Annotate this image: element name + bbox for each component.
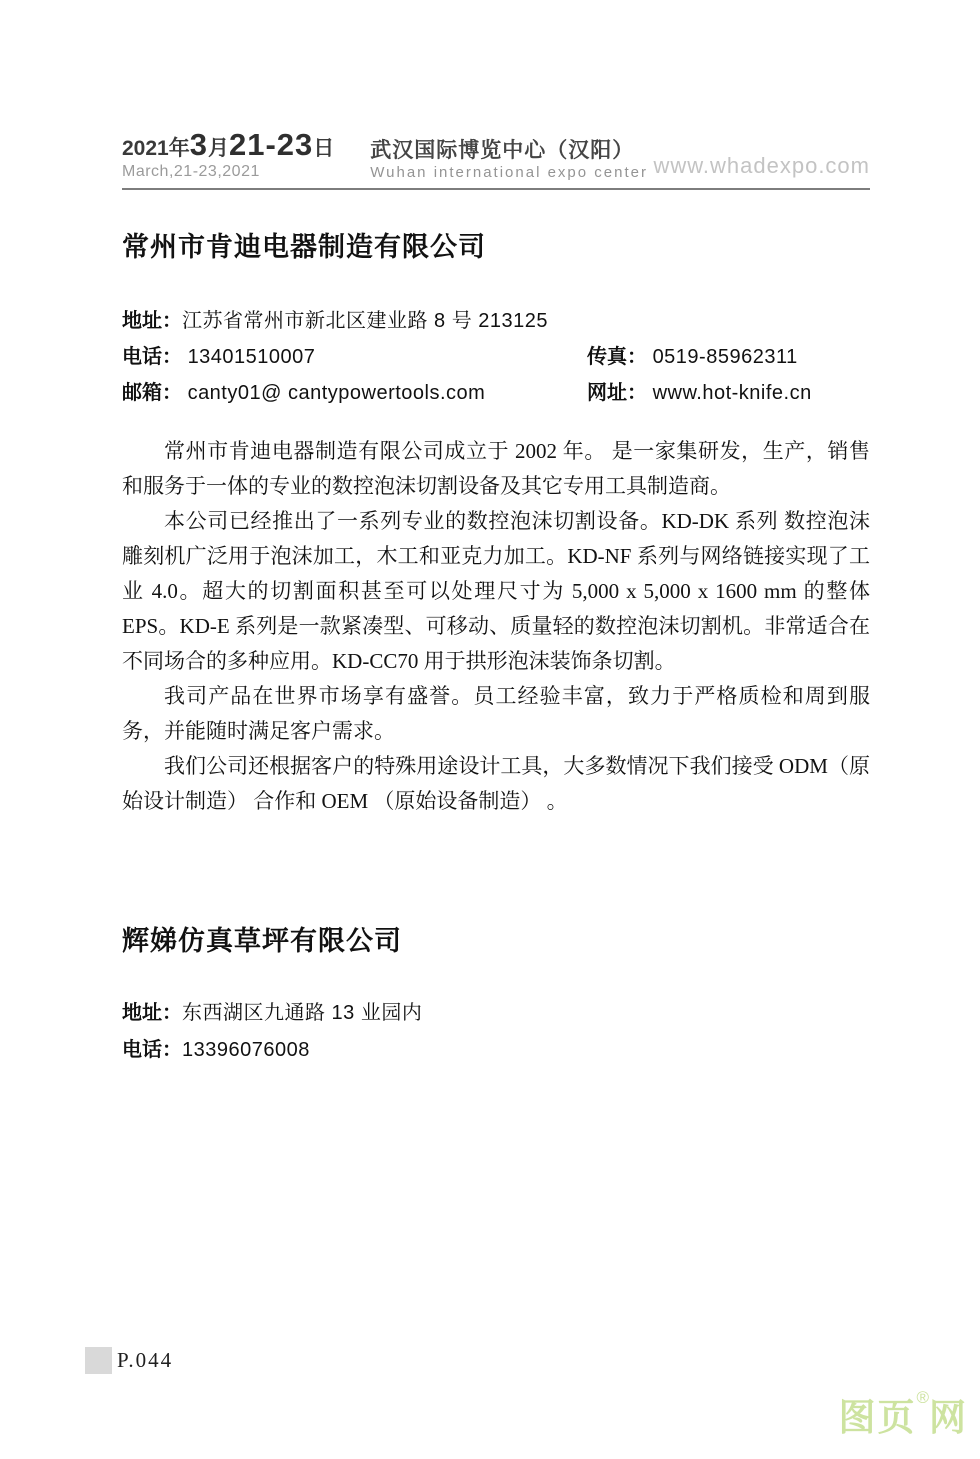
phone-cell: 电话： 13401510007: [122, 339, 587, 375]
venue-name-cn: 武汉国际博览中心（汉阳）: [370, 139, 648, 163]
description-paragraph: 常州市肯迪电器制造有限公司成立于 2002 年。 是一家集研发，生产，销售和服务…: [122, 434, 870, 504]
page-number: P.044: [117, 1348, 173, 1373]
address-label: 地址：: [122, 303, 182, 339]
email-label: 邮箱：: [122, 382, 182, 404]
event-date: 2021年3月21-23日 March,21-23,2021: [122, 128, 334, 181]
fax-cell: 传真： 0519-85962311: [587, 339, 870, 375]
phone-label: 电话：: [122, 1032, 182, 1069]
catalog-page: 2021年3月21-23日 March,21-23,2021 武汉国际博览中心（…: [0, 0, 980, 1459]
venue-name-en: Wuhan international expo center: [370, 164, 648, 181]
contact-row-phone: 电话： 13396076008: [122, 1032, 870, 1069]
description-paragraph: 我司产品在世界市场享有盛誉。员工经验丰富，致力于严格质检和周到服务，并能随时满足…: [122, 679, 870, 749]
company-2-name: 辉娣仿真草坪有限公司: [122, 919, 870, 958]
fax-value: 0519-85962311: [653, 346, 798, 368]
watermark-logo: 图页®网: [838, 1396, 968, 1440]
company-1-description: 常州市肯迪电器制造有限公司成立于 2002 年。 是一家集研发，生产，销售和服务…: [122, 434, 870, 819]
expo-website-url: www.whadexpo.com: [653, 153, 870, 181]
email-value: canty01@ cantypowertools.com: [188, 382, 486, 404]
registered-trademark-icon: ®: [916, 1388, 929, 1407]
website-cell: 网址： www.hot-knife.cn: [587, 375, 870, 411]
page-header: 2021年3月21-23日 March,21-23,2021 武汉国际博览中心（…: [122, 128, 870, 190]
company-2-contacts: 地址： 东西湖区九通路 13 业园内 电话： 13396076008: [122, 995, 870, 1069]
company-1-contacts: 地址： 江苏省常州市新北区建业路 8 号 213125 电话： 13401510…: [122, 303, 870, 411]
address-value: 江苏省常州市新北区建业路 8 号 213125: [182, 303, 548, 339]
contact-row-email-web: 邮箱： canty01@ cantypowertools.com 网址： www…: [122, 375, 870, 411]
date-month-char: 月: [208, 137, 229, 160]
footer-square-marker: [85, 1347, 112, 1374]
date-year: 2021年: [122, 137, 190, 160]
fax-label: 传真：: [587, 346, 647, 368]
date-day-char: 日: [313, 137, 334, 160]
watermark-text-right: 网: [929, 1397, 968, 1438]
date-month-number: 3: [190, 127, 208, 162]
company-section-2: 辉娣仿真草坪有限公司 地址： 东西湖区九通路 13 业园内 电话： 133960…: [122, 919, 870, 1069]
address-value: 东西湖区九通路 13 业园内: [182, 995, 422, 1032]
description-paragraph: 本公司已经推出了一系列专业的数控泡沫切割设备。KD-DK 系列 数控泡沫雕刻机广…: [122, 504, 870, 679]
page-content: 2021年3月21-23日 March,21-23,2021 武汉国际博览中心（…: [122, 128, 870, 1069]
watermark-text-left: 图页: [838, 1397, 916, 1438]
phone-label: 电话：: [122, 346, 182, 368]
company-section-1: 常州市肯迪电器制造有限公司 地址： 江苏省常州市新北区建业路 8 号 21312…: [122, 225, 870, 819]
event-date-en: March,21-23,2021: [122, 163, 334, 181]
company-1-name: 常州市肯迪电器制造有限公司: [122, 225, 870, 264]
date-days: 21-23: [229, 127, 313, 162]
contact-row-address: 地址： 东西湖区九通路 13 业园内: [122, 995, 870, 1032]
event-venue: 武汉国际博览中心（汉阳） Wuhan international expo ce…: [370, 139, 648, 181]
event-date-cn: 2021年3月21-23日: [122, 128, 334, 162]
phone-value: 13396076008: [182, 1032, 310, 1069]
phone-value: 13401510007: [188, 346, 316, 368]
page-footer: P.044: [85, 1347, 173, 1374]
website-label: 网址：: [587, 382, 647, 404]
description-paragraph: 我们公司还根据客户的特殊用途设计工具，大多数情况下我们接受 ODM（原始设计制造…: [122, 749, 870, 819]
address-label: 地址：: [122, 995, 182, 1032]
contact-row-address: 地址： 江苏省常州市新北区建业路 8 号 213125: [122, 303, 870, 339]
website-value: www.hot-knife.cn: [653, 382, 812, 404]
email-cell: 邮箱： canty01@ cantypowertools.com: [122, 375, 587, 411]
contact-row-phone-fax: 电话： 13401510007 传真： 0519-85962311: [122, 339, 870, 375]
